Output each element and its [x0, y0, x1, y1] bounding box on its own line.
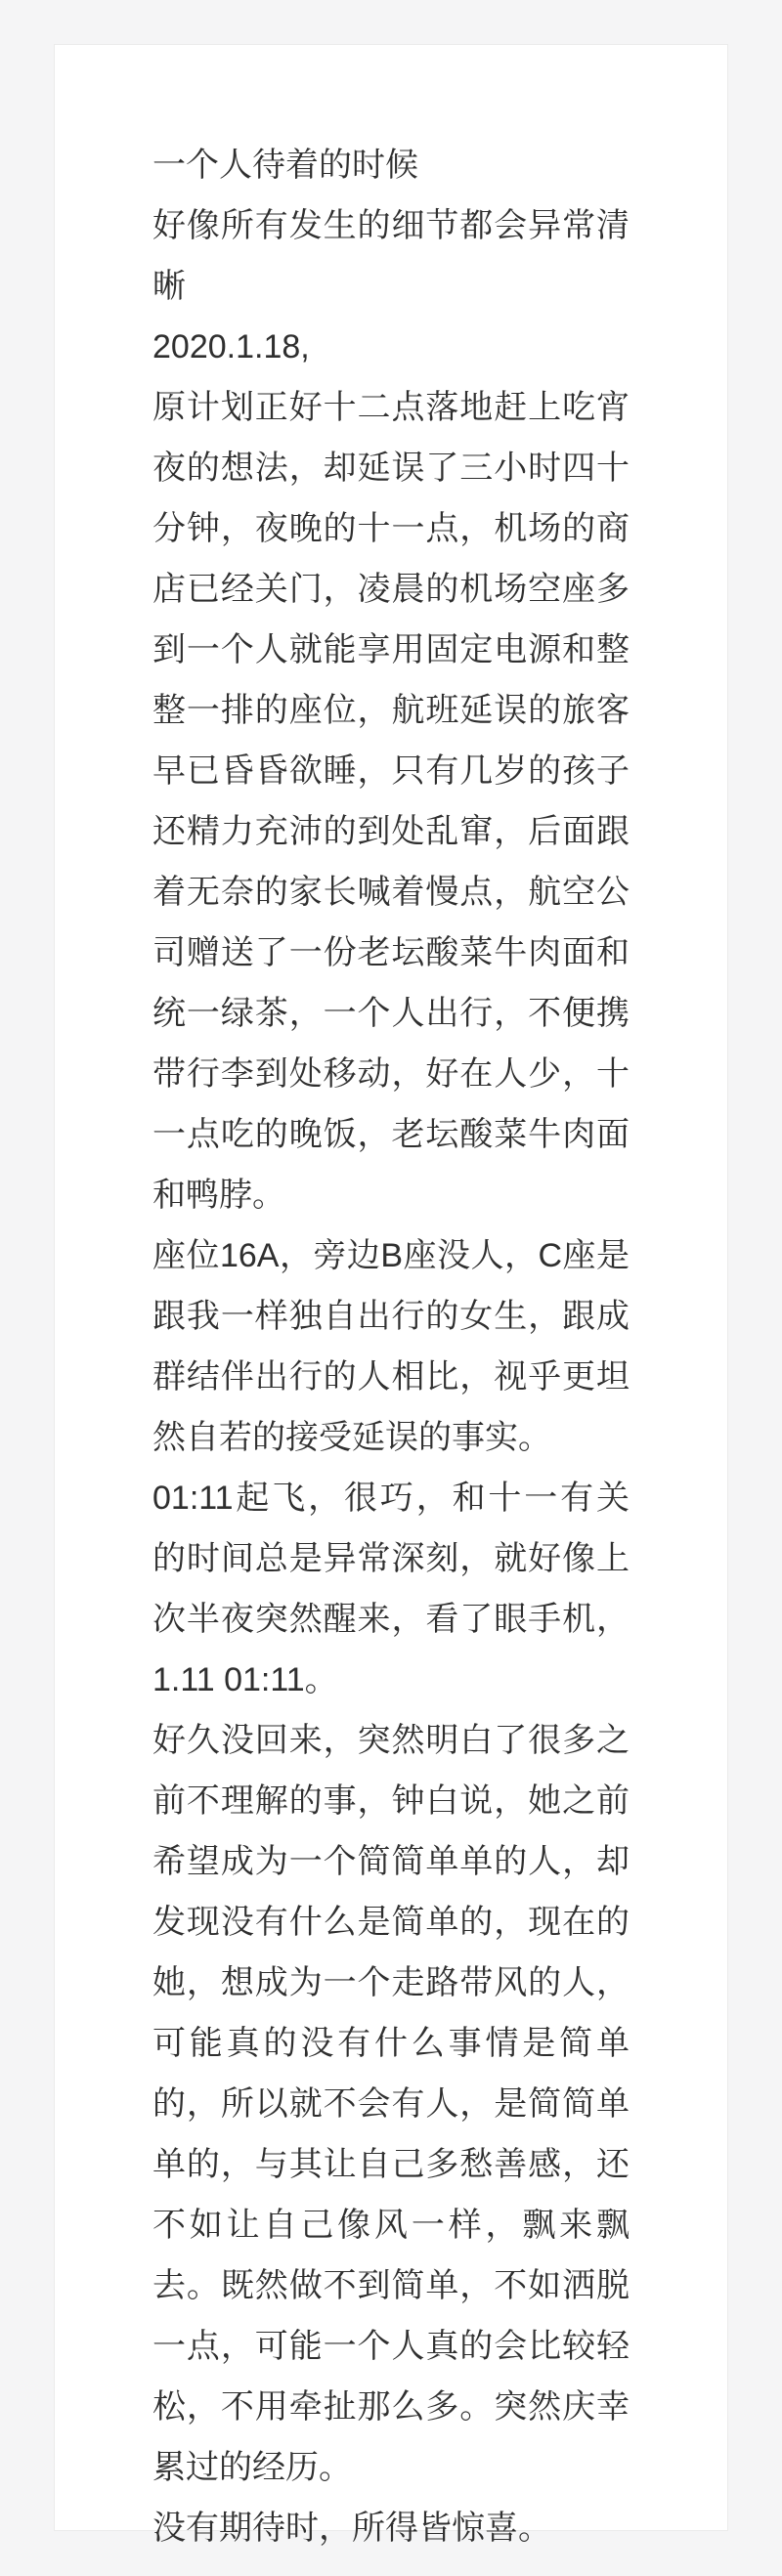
- paragraph: 2020.1.18,: [152, 317, 630, 377]
- page: { "page": { "background_color": "#f5f5f6…: [0, 0, 782, 2576]
- paragraph: 一个人待着的时候: [152, 135, 630, 195]
- paragraph: 座位16A，旁边B座没人，C座是跟我一样独自出行的女生，跟成群结伴出行的人相比，…: [152, 1225, 630, 1468]
- paragraph: 原计划正好十二点落地赶上吃宵夜的想法，却延误了三小时四十分钟，夜晚的十一点，机场…: [152, 377, 630, 1225]
- paragraph: 1.11 01:11。: [152, 1650, 630, 1710]
- paragraph: 01:11起飞，很巧，和十一有关的时间总是异常深刻，就好像上次半夜突然醒来，看了…: [152, 1468, 630, 1650]
- article-body: 一个人待着的时候好像所有发生的细节都会异常清晰2020.1.18,原计划正好十二…: [152, 135, 630, 2558]
- post-card: 一个人待着的时候好像所有发生的细节都会异常清晰2020.1.18,原计划正好十二…: [54, 44, 728, 2531]
- paragraph: 没有期待时，所得皆惊喜。: [152, 2498, 630, 2558]
- paragraph: 好久没回来，突然明白了很多之前不理解的事，钟白说，她之前希望成为一个简简单单的人…: [152, 1710, 630, 2498]
- paragraph: 好像所有发生的细节都会异常清晰: [152, 195, 630, 317]
